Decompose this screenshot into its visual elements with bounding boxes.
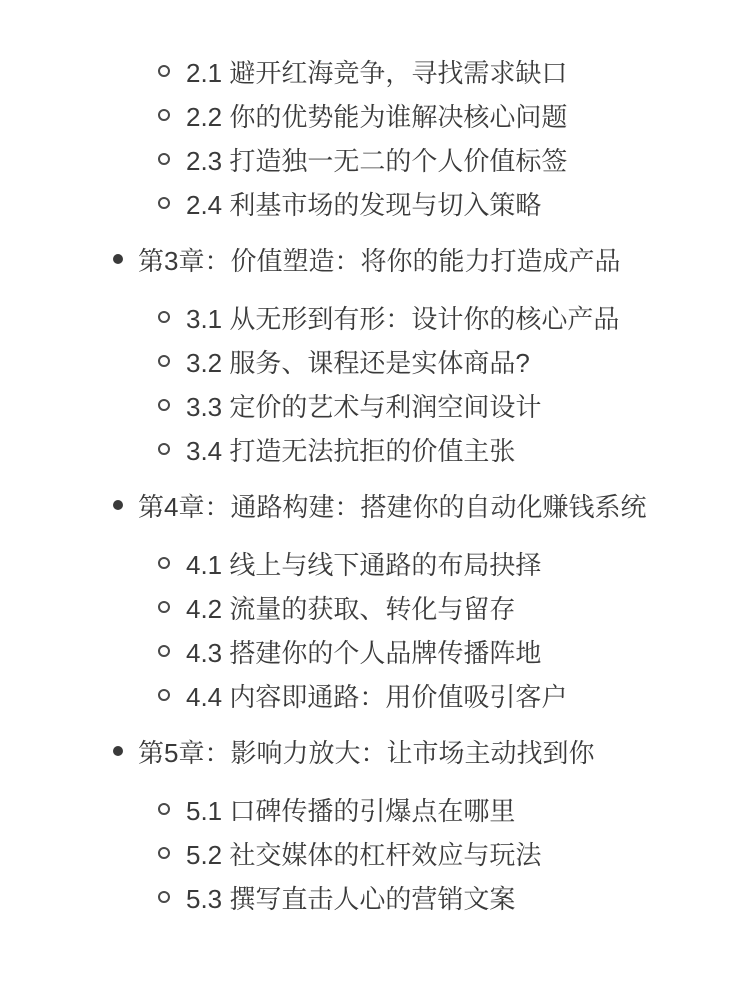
bullet-circle-icon <box>158 601 170 613</box>
section-item: 4.2 流量的获取、转化与留存 <box>158 585 750 629</box>
outline-group: 第5章：影响力放大：让市场主动找到你 5.1 口碑传播的引爆点在哪里 5.2 社… <box>0 729 750 919</box>
section-title: 3.3 定价的艺术与利润空间设计 <box>186 387 541 424</box>
section-title: 5.2 社交媒体的杠杆效应与玩法 <box>186 835 541 872</box>
section-item: 4.3 搭建你的个人品牌传播阵地 <box>158 629 750 673</box>
outline-group: 第4章：通路构建：搭建你的自动化赚钱系统 4.1 线上与线下通路的布局抉择 4.… <box>0 483 750 717</box>
section-title: 3.2 服务、课程还是实体商品? <box>186 343 530 380</box>
section-item: 5.2 社交媒体的杠杆效应与玩法 <box>158 831 750 875</box>
bullet-circle-icon <box>158 197 170 209</box>
section-item: 3.3 定价的艺术与利润空间设计 <box>158 383 750 427</box>
section-title: 4.4 内容即通路：用价值吸引客户 <box>186 677 567 714</box>
section-item: 4.4 内容即通路：用价值吸引客户 <box>158 673 750 717</box>
outline-group: 第3章：价值塑造：将你的能力打造成产品 3.1 从无形到有形：设计你的核心产品 … <box>0 237 750 471</box>
section-title: 4.2 流量的获取、转化与留存 <box>186 589 515 626</box>
chapter-item: 第3章：价值塑造：将你的能力打造成产品 <box>113 237 750 281</box>
bullet-circle-icon <box>158 443 170 455</box>
chapter-item: 第4章：通路构建：搭建你的自动化赚钱系统 <box>113 483 750 527</box>
section-title: 2.2 你的优势能为谁解决核心问题 <box>186 97 567 134</box>
section-item: 2.4 利基市场的发现与切入策略 <box>158 181 750 225</box>
document-page: 2.1 避开红海竞争，寻找需求缺口 2.2 你的优势能为谁解决核心问题 2.3 … <box>0 0 750 1000</box>
chapter-item: 第5章：影响力放大：让市场主动找到你 <box>113 729 750 773</box>
bullet-disc-icon <box>113 254 123 264</box>
section-list: 2.1 避开红海竞争，寻找需求缺口 2.2 你的优势能为谁解决核心问题 2.3 … <box>0 49 750 225</box>
bullet-circle-icon <box>158 355 170 367</box>
section-item: 5.1 口碑传播的引爆点在哪里 <box>158 787 750 831</box>
section-title: 5.1 口碑传播的引爆点在哪里 <box>186 791 515 828</box>
bullet-circle-icon <box>158 689 170 701</box>
chapter-title: 第4章：通路构建：搭建你的自动化赚钱系统 <box>138 487 646 524</box>
section-title: 2.4 利基市场的发现与切入策略 <box>186 185 541 222</box>
section-item: 2.1 避开红海竞争，寻找需求缺口 <box>158 49 750 93</box>
section-title: 3.4 打造无法抗拒的价值主张 <box>186 431 515 468</box>
section-title: 5.3 撰写直击人心的营销文案 <box>186 879 515 916</box>
section-list: 5.1 口碑传播的引爆点在哪里 5.2 社交媒体的杠杆效应与玩法 5.3 撰写直… <box>0 787 750 919</box>
section-list: 3.1 从无形到有形：设计你的核心产品 3.2 服务、课程还是实体商品? 3.3… <box>0 295 750 471</box>
bullet-circle-icon <box>158 891 170 903</box>
section-item: 5.3 撰写直击人心的营销文案 <box>158 875 750 919</box>
chapter-title: 第3章：价值塑造：将你的能力打造成产品 <box>138 241 620 278</box>
section-item: 3.1 从无形到有形：设计你的核心产品 <box>158 295 750 339</box>
bullet-circle-icon <box>158 311 170 323</box>
section-item: 3.4 打造无法抗拒的价值主张 <box>158 427 750 471</box>
section-title: 2.1 避开红海竞争，寻找需求缺口 <box>186 53 567 90</box>
section-title: 4.1 线上与线下通路的布局抉择 <box>186 545 541 582</box>
bullet-circle-icon <box>158 109 170 121</box>
section-title: 2.3 打造独一无二的个人价值标签 <box>186 141 567 178</box>
bullet-circle-icon <box>158 65 170 77</box>
bullet-circle-icon <box>158 847 170 859</box>
bullet-disc-icon <box>113 500 123 510</box>
bullet-circle-icon <box>158 399 170 411</box>
chapter-title: 第5章：影响力放大：让市场主动找到你 <box>138 733 594 770</box>
outline-group: 2.1 避开红海竞争，寻找需求缺口 2.2 你的优势能为谁解决核心问题 2.3 … <box>0 49 750 225</box>
section-title: 3.1 从无形到有形：设计你的核心产品 <box>186 299 619 336</box>
section-item: 3.2 服务、课程还是实体商品? <box>158 339 750 383</box>
bullet-circle-icon <box>158 645 170 657</box>
section-item: 2.3 打造独一无二的个人价值标签 <box>158 137 750 181</box>
bullet-circle-icon <box>158 803 170 815</box>
section-item: 4.1 线上与线下通路的布局抉择 <box>158 541 750 585</box>
chapter-outline-list: 2.1 避开红海竞争，寻找需求缺口 2.2 你的优势能为谁解决核心问题 2.3 … <box>0 49 750 919</box>
bullet-disc-icon <box>113 746 123 756</box>
section-list: 4.1 线上与线下通路的布局抉择 4.2 流量的获取、转化与留存 4.3 搭建你… <box>0 541 750 717</box>
bullet-circle-icon <box>158 557 170 569</box>
section-title: 4.3 搭建你的个人品牌传播阵地 <box>186 633 541 670</box>
section-item: 2.2 你的优势能为谁解决核心问题 <box>158 93 750 137</box>
bullet-circle-icon <box>158 153 170 165</box>
